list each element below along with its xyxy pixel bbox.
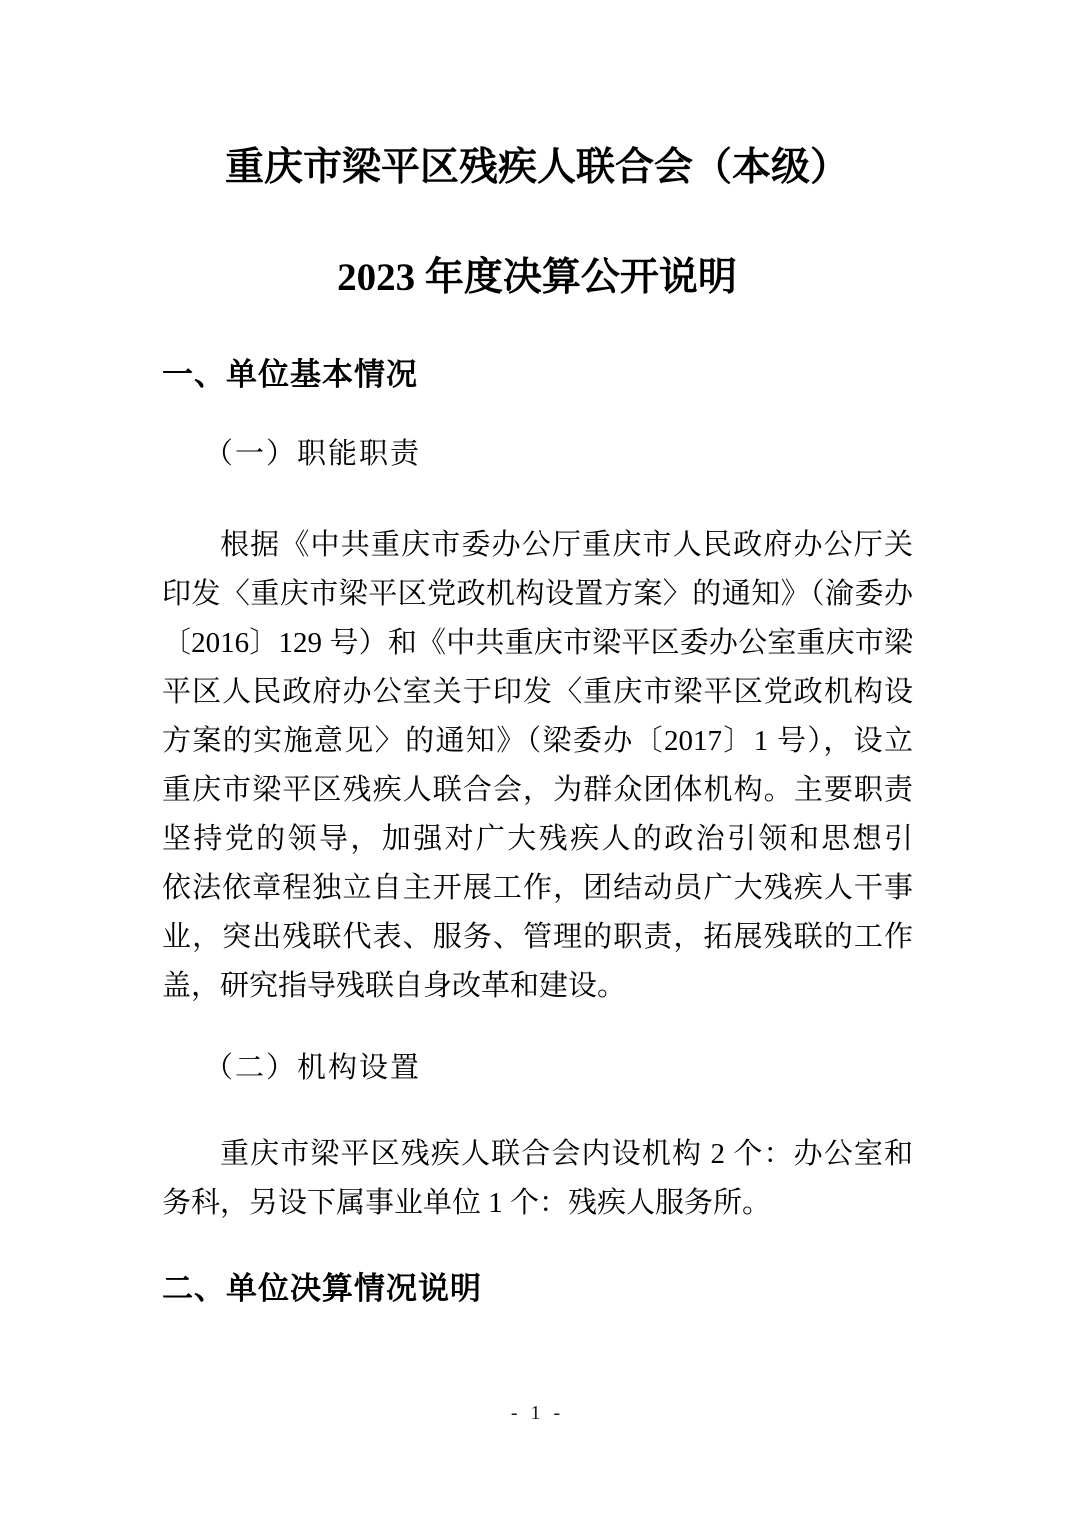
section-heading-final-accounts: 二、单位决算情况说明 [162,1270,922,1308]
document-title-line1: 重庆市梁平区残疾人联合会（本级） [162,144,912,192]
paragraph-org-structure: 重庆市梁平区残疾人联合会内设机构 2 个：办公室和业 务科，另设下属事业单位 1… [162,1130,913,1228]
text-line: 依法依章程独立自主开展工作，团结动员广大残疾人干事创 [162,864,913,913]
text-line: 务科，另设下属事业单位 1 个：残疾人服务所。 [162,1179,913,1228]
section-heading-basic-info: 一、单位基本情况 [162,356,922,394]
subsection-heading-duties: （一）职能职责 [162,436,922,472]
text-line: 重庆市梁平区残疾人联合会，为群众团体机构。主要职责为 [162,766,913,815]
document-page: 重庆市梁平区残疾人联合会（本级） 2023 年度决算公开说明 一、单位基本情况 … [0,0,1075,1520]
text-line: 盖，研究指导残联自身改革和建设。 [162,962,913,1011]
document-title-line2: 2023 年度决算公开说明 [162,254,912,302]
subsection-heading-org-structure: （二）机构设置 [162,1050,922,1086]
text-line: 印发〈重庆市梁平区党政机构设置方案〉的通知》（渝委办 [162,570,913,619]
text-line: 业，突出残联代表、服务、管理的职责，拓展残联的工作覆 [162,913,913,962]
text-line: 坚持党的领导，加强对广大残疾人的政治引领和思想引导， [162,815,913,864]
text-line: 重庆市梁平区残疾人联合会内设机构 2 个：办公室和业 [162,1130,913,1179]
text-line: 平区人民政府办公室关于印发〈重庆市梁平区党政机构设置 [162,668,913,717]
paragraph-duties: 根据《中共重庆市委办公厅重庆市人民政府办公厅关于 印发〈重庆市梁平区党政机构设置… [162,521,913,1011]
text-line: 根据《中共重庆市委办公厅重庆市人民政府办公厅关于 [162,521,913,570]
page-number: - 1 - [0,1402,1075,1425]
text-line: 〔2016〕129 号）和《中共重庆市梁平区委办公室重庆市梁 [162,619,913,668]
text-line: 方案的实施意见〉的通知》（梁委办〔2017〕1 号），设立 [162,717,913,766]
